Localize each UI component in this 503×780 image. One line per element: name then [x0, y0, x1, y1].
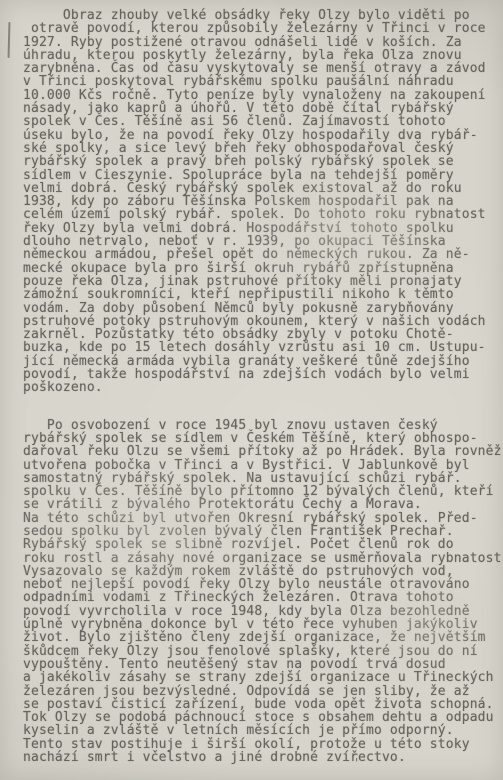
text-line: zámožní soukromníci, kteří nepřipustili … [23, 288, 497, 301]
text-line: utvořena pobočka v Třinci a v Bystřici. … [23, 459, 497, 472]
text-line: vodám. Za doby působení Němců byly pokus… [23, 302, 497, 315]
stray-ink-mark: ' [353, 757, 360, 769]
text-line: kyselin a zvláště v letních měsících je … [23, 724, 497, 737]
text-line: nachází smrt i včelstvo a jiné drobné zv… [23, 751, 497, 764]
text-line: a jakékoliv zásahy se strany zdejší orga… [23, 671, 497, 684]
margin-pen-mark-icon [8, 22, 11, 58]
text-line: odpadními vodami z Třineckých železáren.… [23, 591, 497, 604]
text-line: škůdcem řeky Olzy jsou fenolové splašky,… [23, 645, 497, 658]
scanned-document-page: Obraz zhouby velké obsádky řeky Olzy byl… [0, 0, 503, 780]
text-line: úseku bylo, že na povodí řeky Olzy hospo… [23, 129, 497, 142]
text-line: Rybářský spolek se slibně rozvíjel. Poče… [23, 538, 497, 551]
text-line: celém území polský rybář. spolek. Do toh… [23, 208, 497, 221]
text-line: německou armádou, přešel opět do německý… [23, 248, 497, 261]
text-line: sídlem v Cieszynie. Spolupráce byla na t… [23, 169, 497, 182]
text-line: roku rostl a zásahy nové organizace se u… [23, 552, 497, 565]
text-line: otravě povodí, kterou způsobily železárn… [23, 22, 497, 35]
document-text: Obraz zhouby velké obsádky řeky Olzy byl… [23, 9, 497, 764]
text-line: mecké okupace byla pro širší okruh rybář… [23, 262, 497, 275]
text-line: se vrátili z bývalého Protektorátu Čechy… [23, 498, 497, 511]
text-line: 1927. Ryby postižené otravou odnášeli li… [23, 36, 497, 49]
text-line: Po osvobození v roce 1945 byl znovu usta… [23, 419, 497, 432]
text-line: Na této schůzi byl utvořen Okresní rybář… [23, 512, 497, 525]
text-line: buzka, kde po 15 letech dosáhly vzrůstu … [23, 341, 497, 354]
text-line: železáren jsou bezvýsledné. Odpovídá se … [23, 685, 497, 698]
text-line: v Třinci poskytoval rybářskému spolku pa… [23, 75, 497, 88]
text-line: poškozeno. [23, 381, 497, 394]
text-line: spolek v Čes. Těšíně asi 56 členů. Zajím… [23, 115, 497, 128]
text-line: dařoval řeku Olzu se všemi přítoky až po… [23, 445, 497, 458]
text-line: rybářský spolek a pravý břeh polský rybá… [23, 155, 497, 168]
paragraph-2: Po osvobození v roce 1945 byl znovu usta… [23, 419, 497, 765]
paragraph-1: Obraz zhouby velké obsádky řeky Olzy byl… [23, 9, 497, 395]
text-line: život. Bylo zjištěno členy zdejší organi… [23, 631, 497, 644]
